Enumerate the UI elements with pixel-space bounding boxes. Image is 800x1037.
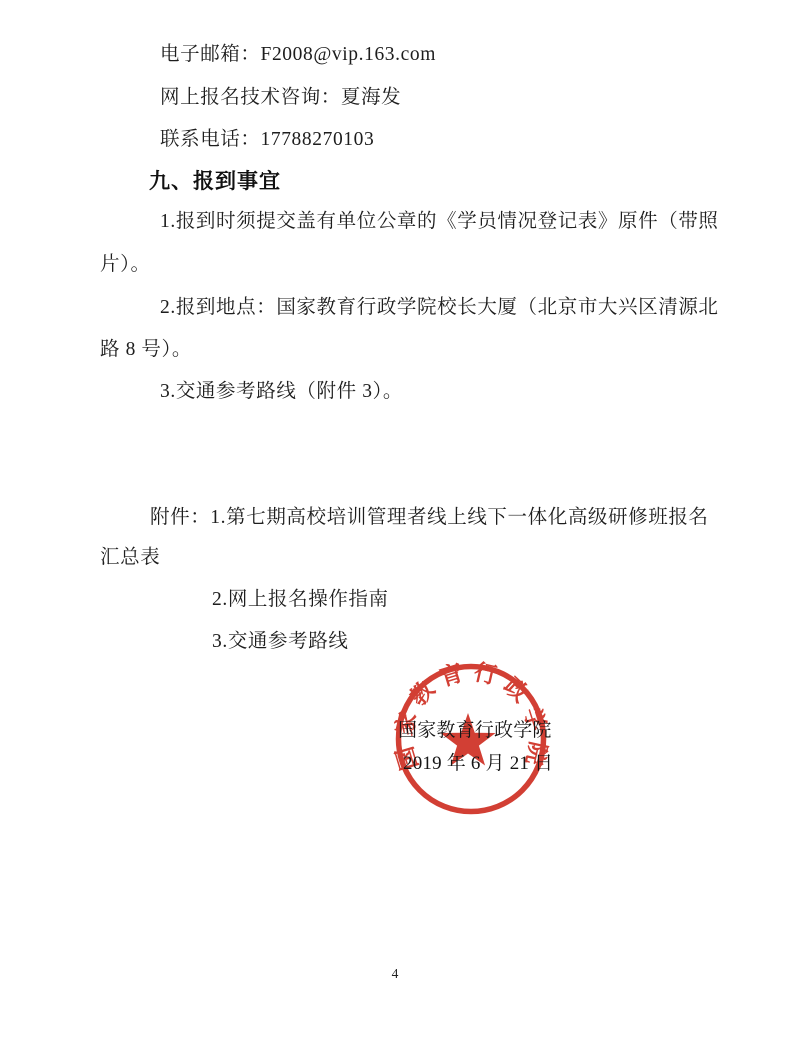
signature-organization: 国家教育行政学院 (398, 715, 552, 742)
email-line: 电子邮箱：F2008@vip.163.com (160, 44, 436, 66)
item1-line2: 片）。 (100, 254, 151, 276)
document-page: 电子邮箱：F2008@vip.163.com 网上报名技术咨询：夏海发 联系电话… (0, 0, 800, 1037)
attachments-line2: 汇总表 (100, 547, 160, 569)
tech-support-line: 网上报名技术咨询：夏海发 (160, 87, 401, 109)
signature-date: 2019 年 6 月 21 日 (403, 748, 553, 775)
item2-line1: 2.报到地点：国家教育行政学院校长大厦（北京市大兴区清源北 (160, 297, 719, 319)
item1-line1: 1.报到时须提交盖有单位公章的《学员情况登记表》原件（带照 (160, 211, 719, 233)
attachment-item3: 3.交通参考路线 (212, 631, 348, 653)
page-number: 4 (0, 966, 790, 982)
item3-line: 3.交通参考路线（附件 3）。 (160, 381, 403, 403)
attachment-item2: 2.网上报名操作指南 (212, 589, 389, 611)
phone-line: 联系电话：17788270103 (160, 129, 374, 151)
item2-line2: 路 8 号）。 (100, 339, 192, 361)
attachments-line1: 附件：1.第七期高校培训管理者线上线下一体化高级研修班报名 (150, 507, 709, 529)
section-heading: 九、报到事宜 (149, 170, 281, 194)
